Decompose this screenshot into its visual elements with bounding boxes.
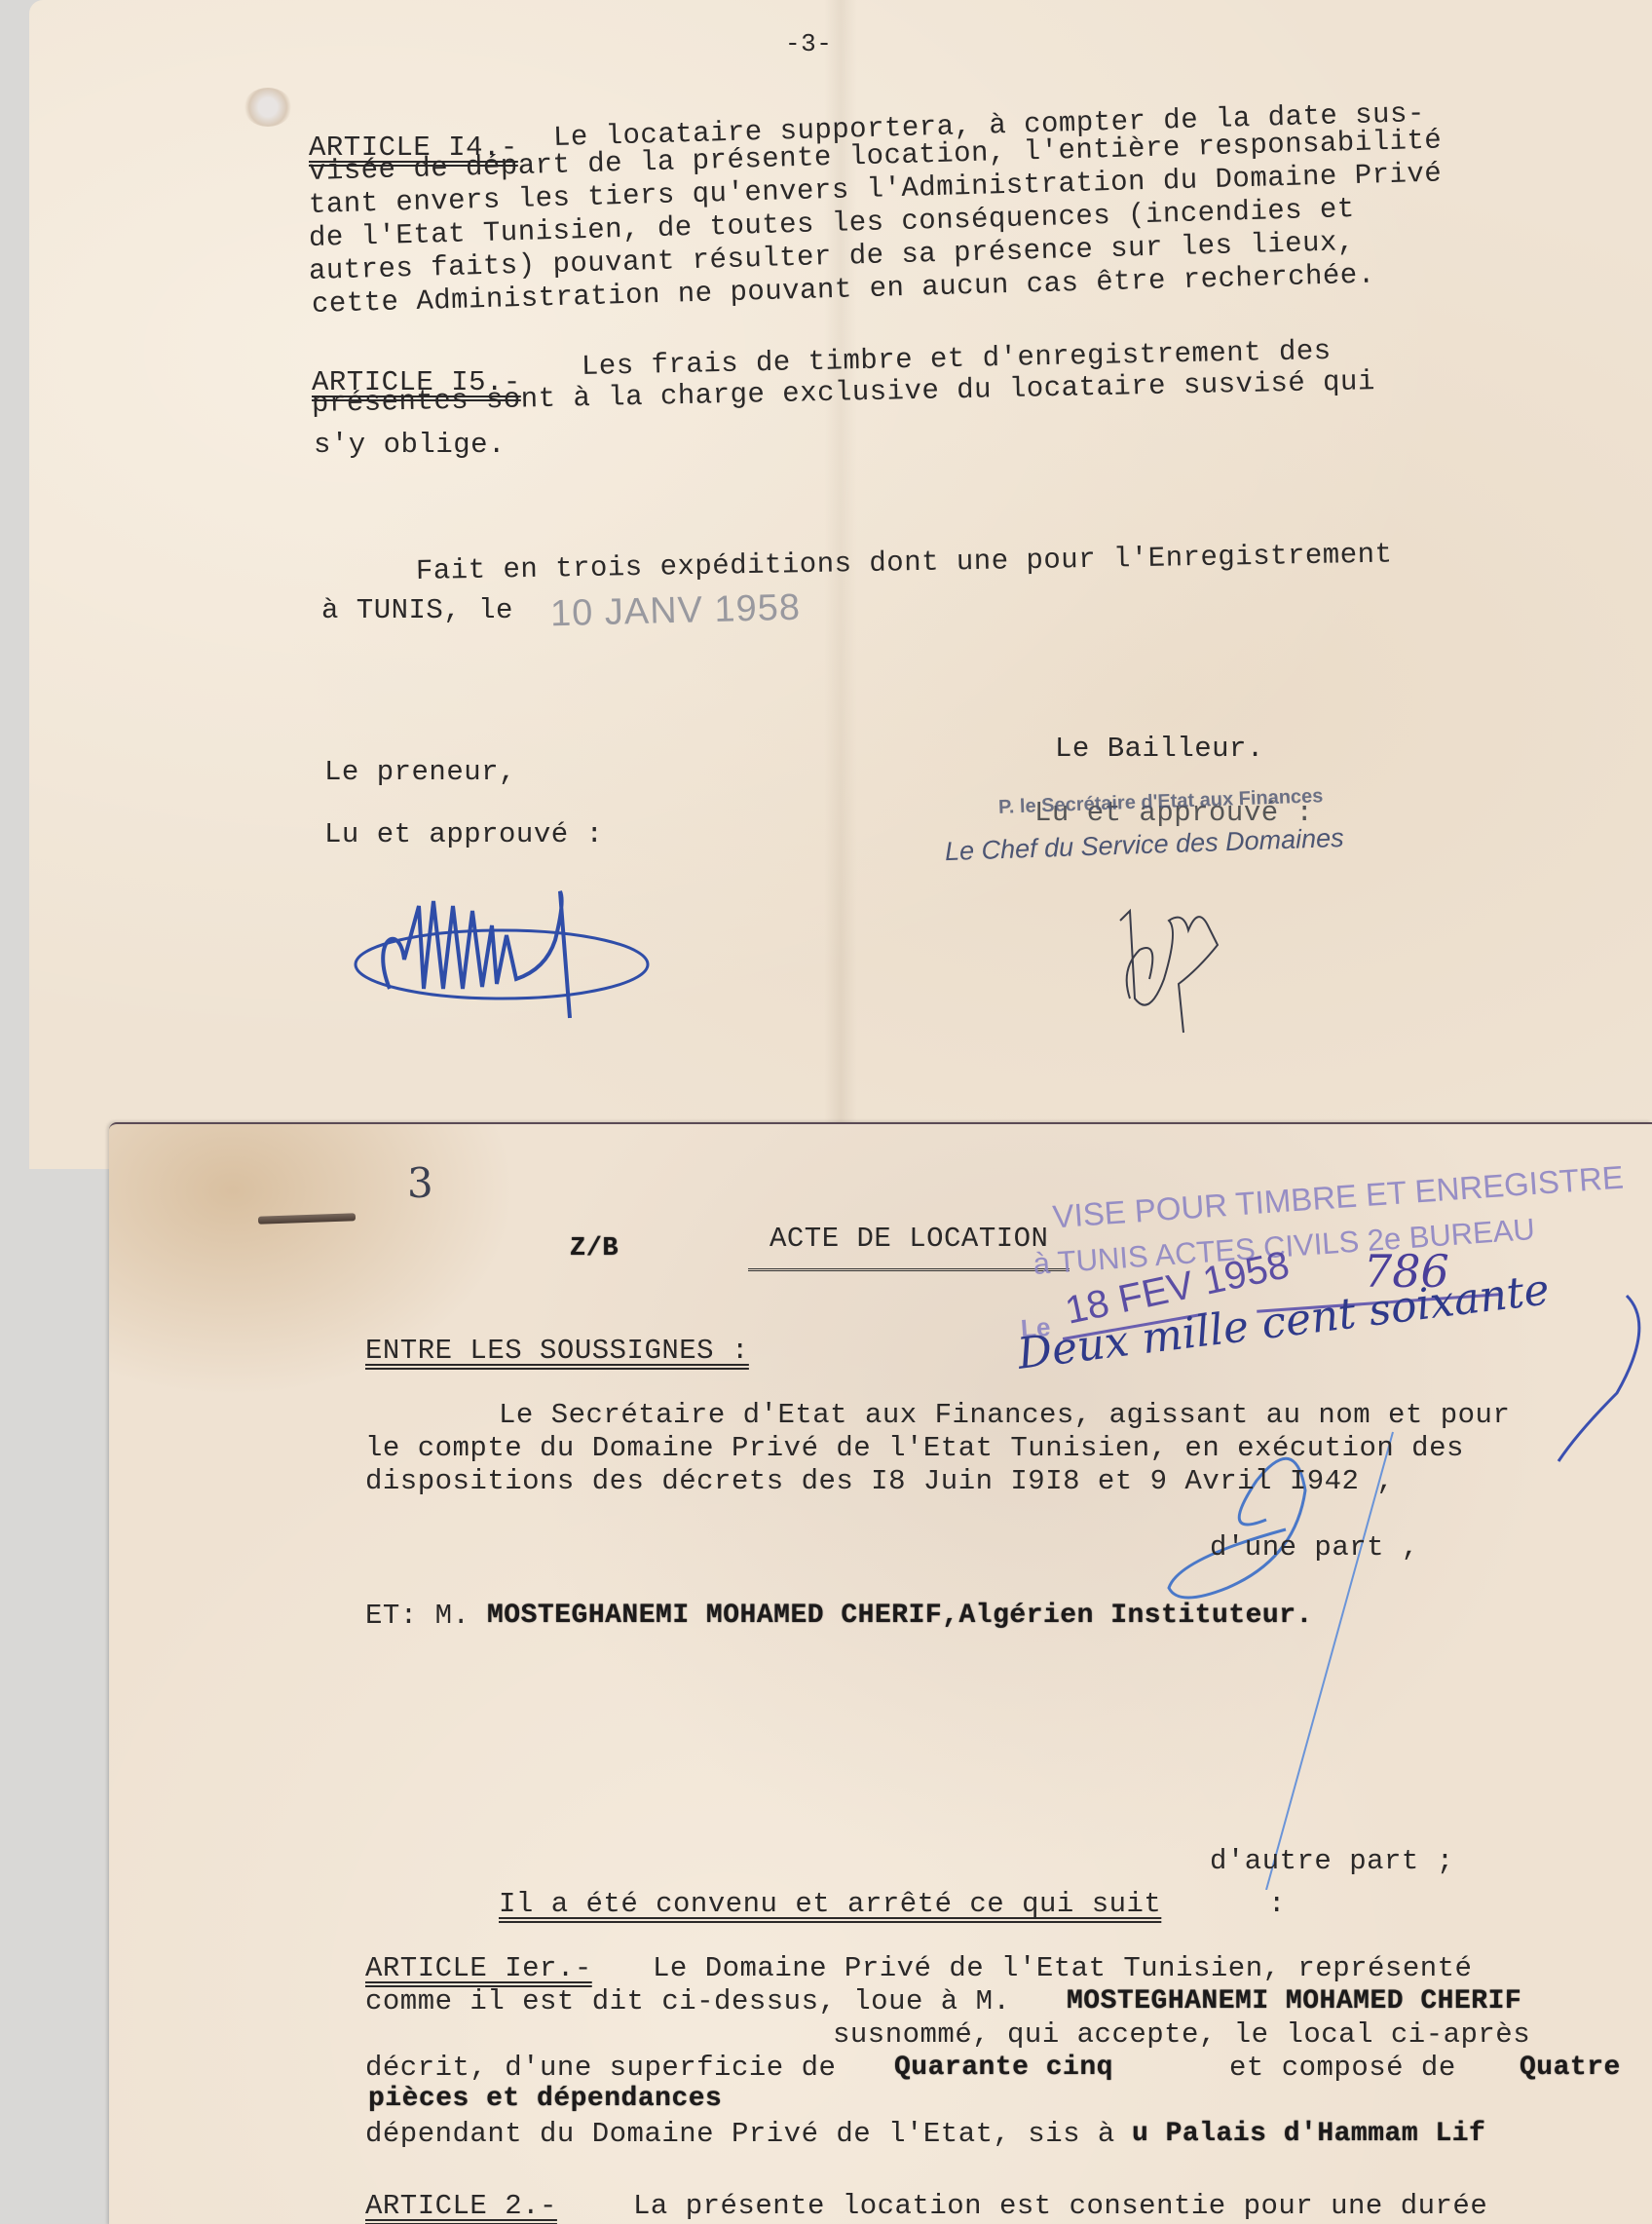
property-location: u Palais d'Hammam Lif [1132,2118,1485,2151]
party-1-line: le compte du Domaine Privé de l'Etat Tun… [365,1432,1464,1465]
tenant-name: MOSTEGHANEMI MOHAMED CHERIF [1067,1985,1521,2018]
party-2-suffix: d'autre part ; [1210,1845,1454,1878]
bailleur-signature-icon [1110,891,1237,1037]
page-number: -3- [785,27,832,60]
party-1-line: Le Secrétaire d'Etat aux Finances, agiss… [499,1399,1510,1432]
document-title: ACTE DE LOCATION [770,1223,1048,1256]
article-1-line: décrit, d'une superficie de [365,2052,836,2085]
party-2-name: MOSTEGHANEMI MOHAMED CHERIF,Algérien Ins… [487,1600,1313,1633]
party-2-prefix: ET: M. [365,1600,469,1633]
preneur-title: Le preneur, [324,756,516,789]
preneur-approval: Lu et approuvé : [324,818,603,851]
agreement-colon: : [1268,1888,1286,1921]
article-2-label: ARTICLE 2.- [365,2190,557,2223]
article-15-line: s'y oblige. [314,429,506,462]
room-count: Quatre [1520,2052,1621,2085]
article-1-line: comme il est dit ci-dessus, loue à M. [365,1985,1010,2018]
closing-place: à TUNIS, le [321,594,513,627]
party-1-line: dispositions des décrets des I8 Juin I9I… [365,1465,1394,1498]
article-2-line: La présente location est consentie pour … [633,2190,1487,2223]
article-1-line: dépendant du Domaine Privé de l'Etat, si… [365,2118,1115,2151]
bailleur-title: Le Bailleur. [1055,733,1264,766]
binder-hole [244,88,292,127]
preneur-signature-icon [351,882,672,1028]
rooms-description: pièces et dépendances [368,2083,722,2116]
party-1-suffix: d'une part , [1210,1531,1419,1564]
date-stamp: 10 JANV 1958 [549,587,801,636]
agreement-text: Il a été convenu et arrêté ce qui suit [499,1888,1161,1921]
article-1-line: susnommé, qui accepte, le local ci-après [833,2018,1530,2052]
reference-code: Z/B [570,1232,619,1265]
article-1-line: Le Domaine Privé de l'Etat Tunisien, rep… [653,1952,1472,1985]
article-1-line: et composé de [1229,2052,1456,2085]
pen-stroke-icon [1032,1266,1652,1890]
article-1-label: ARTICLE Ier.- [365,1952,592,1985]
sheet-mark: 3 [407,1159,433,1207]
surface-area: Quarante cinq [894,2052,1113,2085]
between-heading: ENTRE LES SOUSSIGNES : [365,1335,749,1368]
title-underline [748,1268,1070,1271]
